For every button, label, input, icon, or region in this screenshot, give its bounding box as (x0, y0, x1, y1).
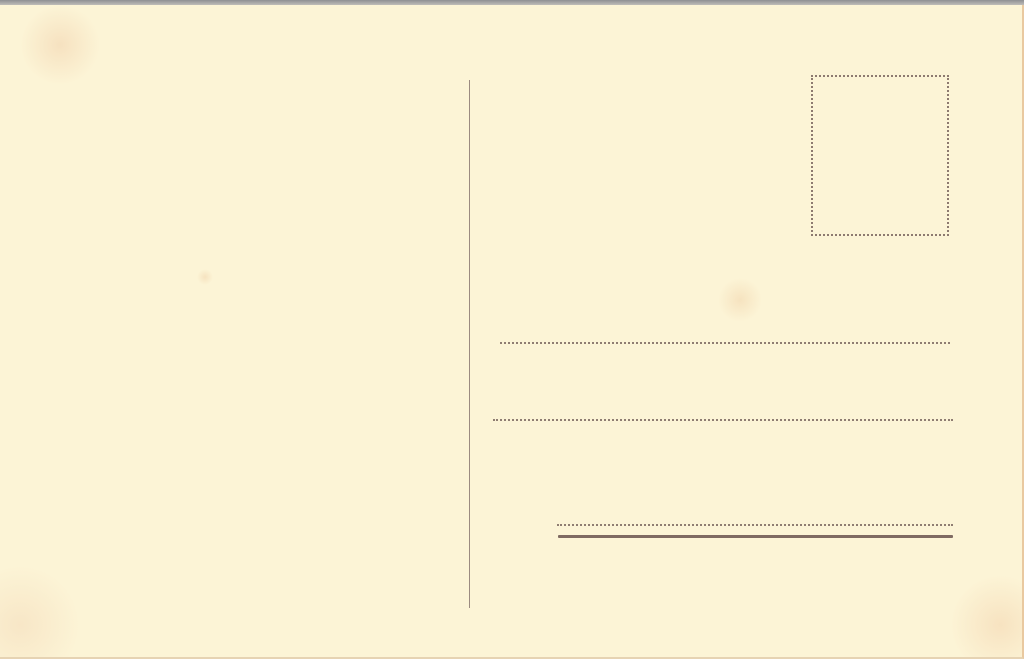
center-divider-line (469, 80, 470, 608)
address-line-underline (558, 535, 953, 538)
stamp-placeholder-box (811, 75, 949, 236)
address-line-1 (500, 342, 950, 344)
address-line-3 (557, 524, 953, 526)
address-line-2 (493, 419, 953, 421)
